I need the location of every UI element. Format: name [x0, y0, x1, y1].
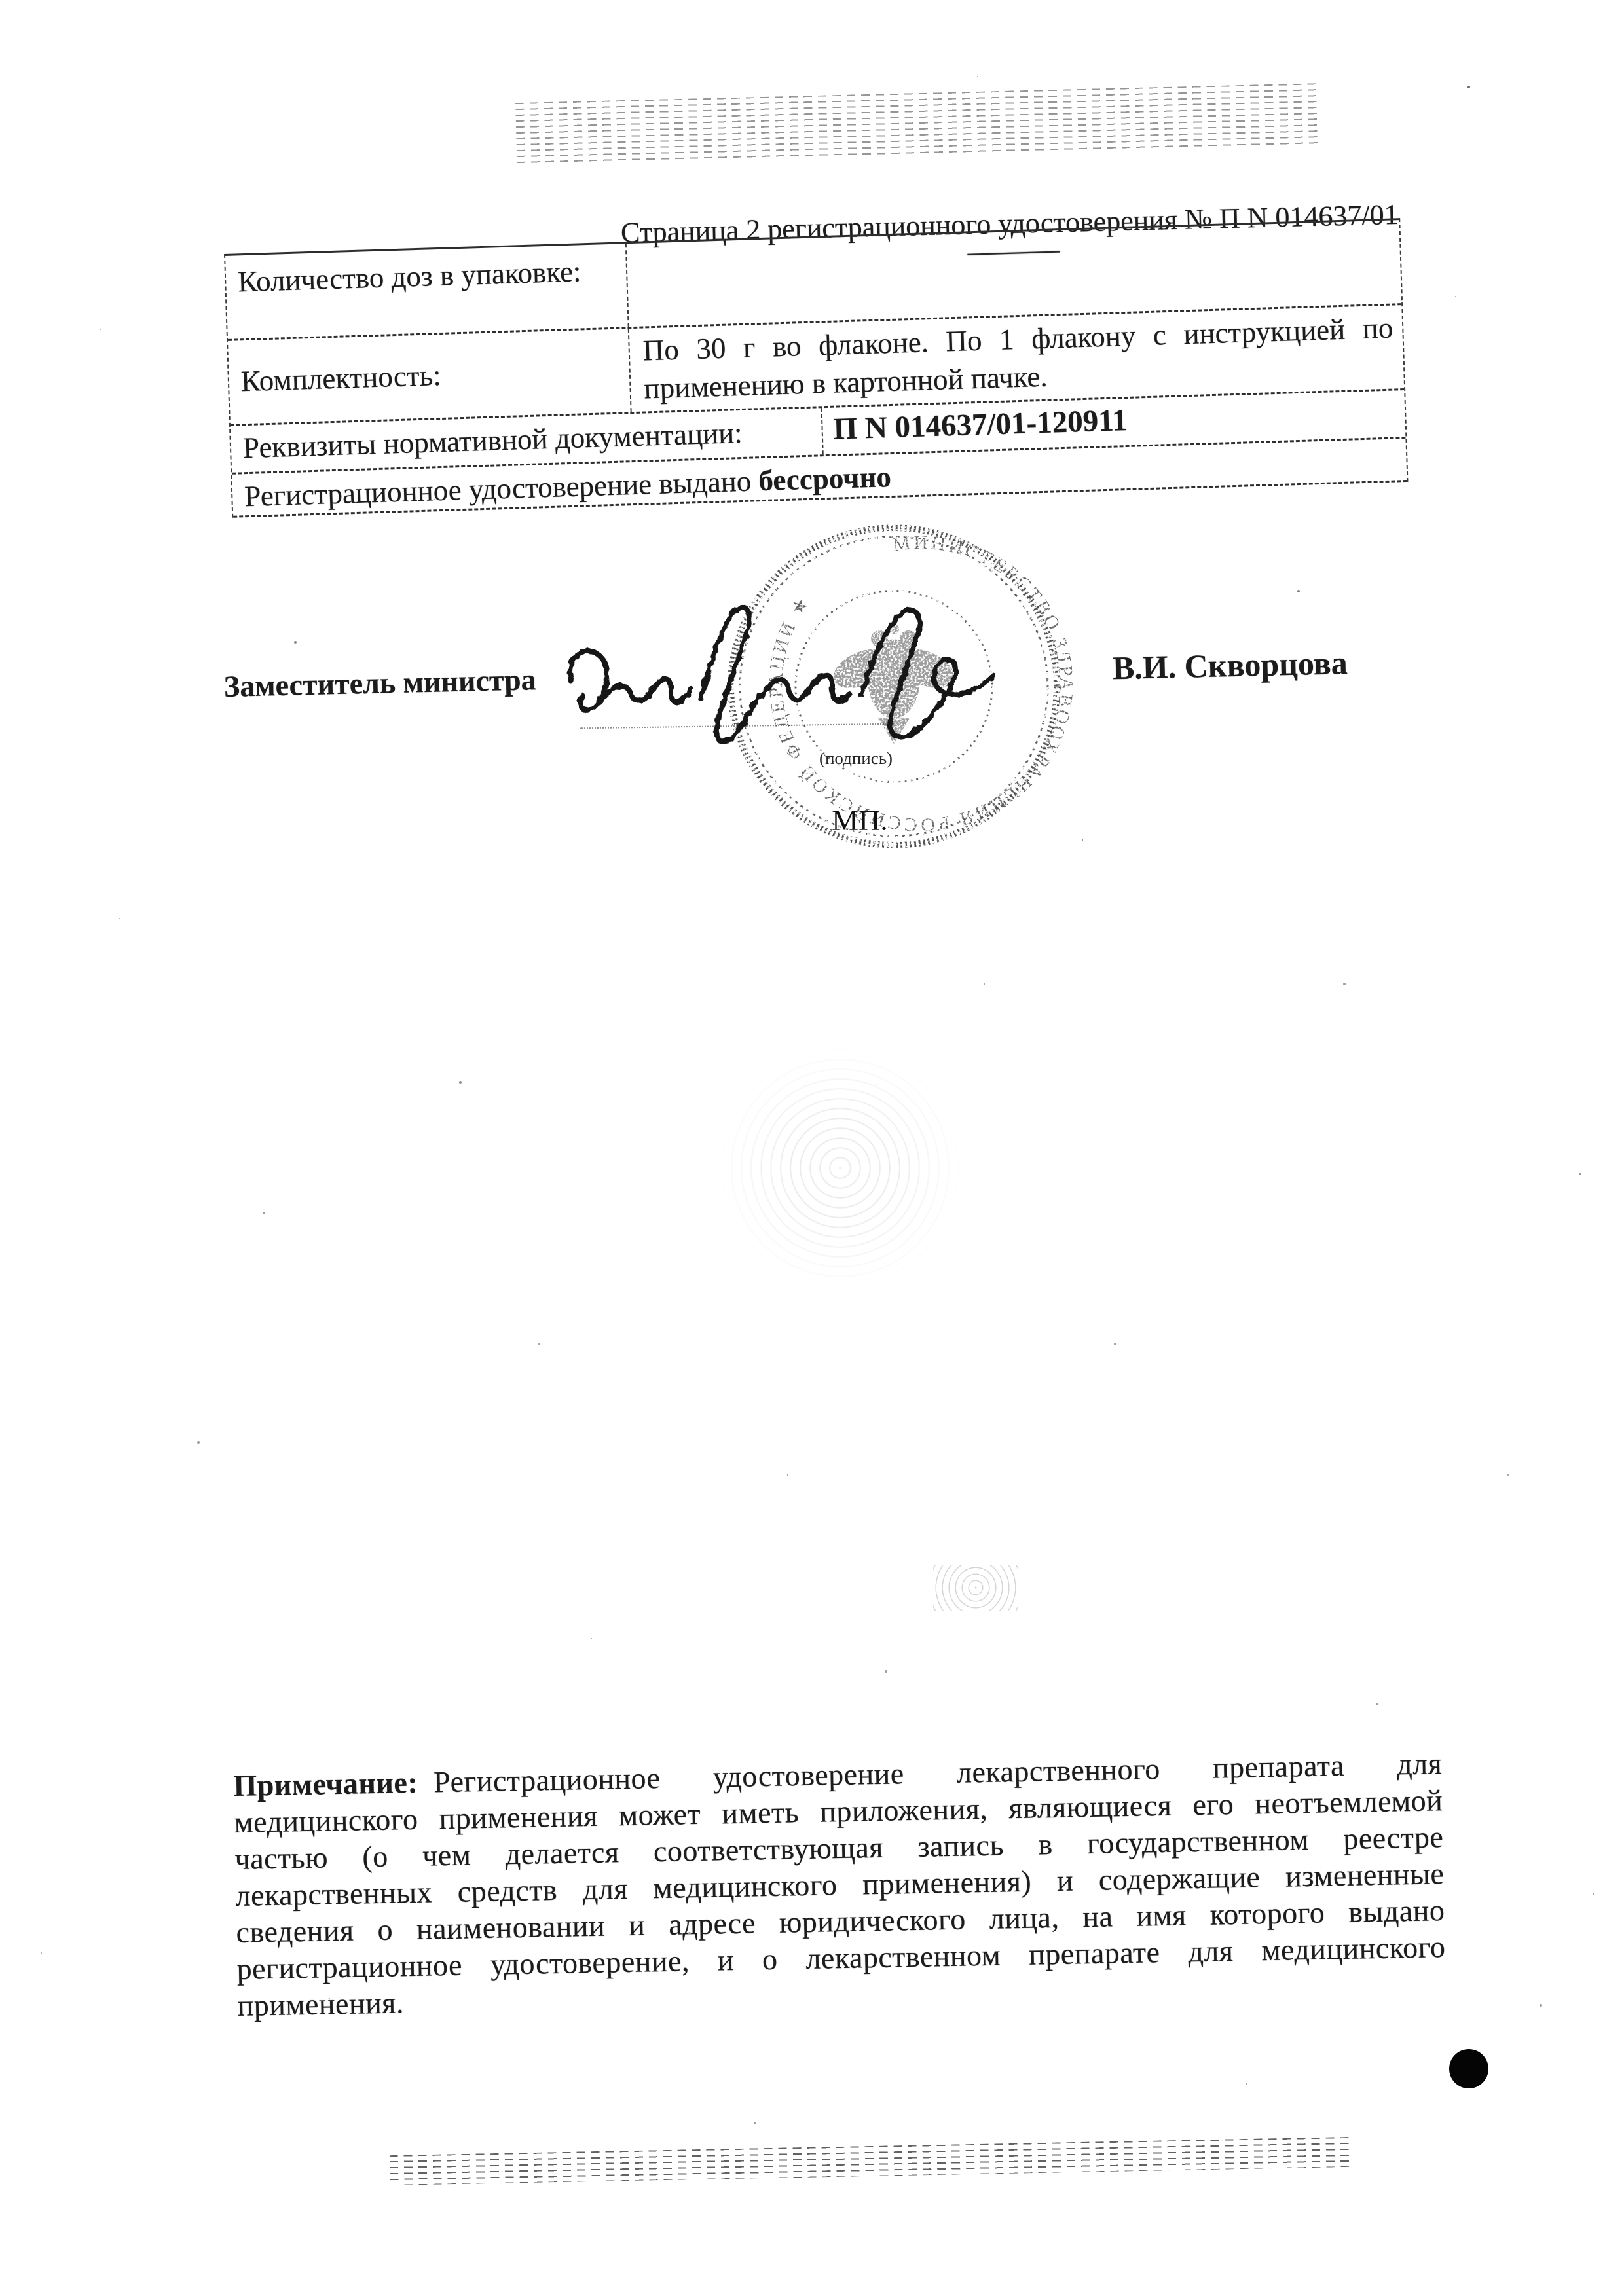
scan-noise-speckles [0, 0, 1, 1]
row-label-cell: Комплектность: [228, 329, 632, 424]
scan-artifact-top-smudge [515, 83, 1322, 166]
note-paragraph: Примечание:Регистрационное удостоверение… [233, 1745, 1447, 2024]
row-label: Комплектность: [240, 359, 441, 397]
signer-position-title: Заместитель министра [223, 662, 536, 704]
row-value: П N 014637/01-120911 [833, 403, 1128, 446]
empty-value-dash: — [967, 232, 1060, 268]
scan-artifact-dot-cluster [933, 1565, 1018, 1611]
row-label: Регистрационное удостоверение выдано [244, 465, 752, 513]
row-label: Реквизиты нормативной документации: [242, 416, 743, 464]
row-value: По 30 г во флаконе. По 1 флакону с инстр… [642, 312, 1393, 405]
signer-name: В.И. Скворцова [1112, 644, 1348, 687]
row-label: Количество доз в упаковке: [238, 255, 582, 298]
row-value-bold: бессрочно [758, 460, 892, 497]
row-label-cell: Количество доз в упаковке: [225, 244, 629, 339]
scan-artifact-ghost-stamp [716, 1046, 965, 1290]
punch-hole-mark [1449, 2049, 1488, 2088]
registration-table: Количество доз в упаковке: — Комплектнос… [224, 218, 1408, 518]
scanned-document-page: Страница 2 регистрационного удостоверени… [0, 0, 1624, 2296]
seal-place-mark: МП. [832, 804, 888, 836]
scan-artifact-bottom-smudge [390, 2137, 1350, 2185]
note-label: Примечание: [233, 1766, 418, 1802]
signature-autograph [553, 584, 1025, 771]
